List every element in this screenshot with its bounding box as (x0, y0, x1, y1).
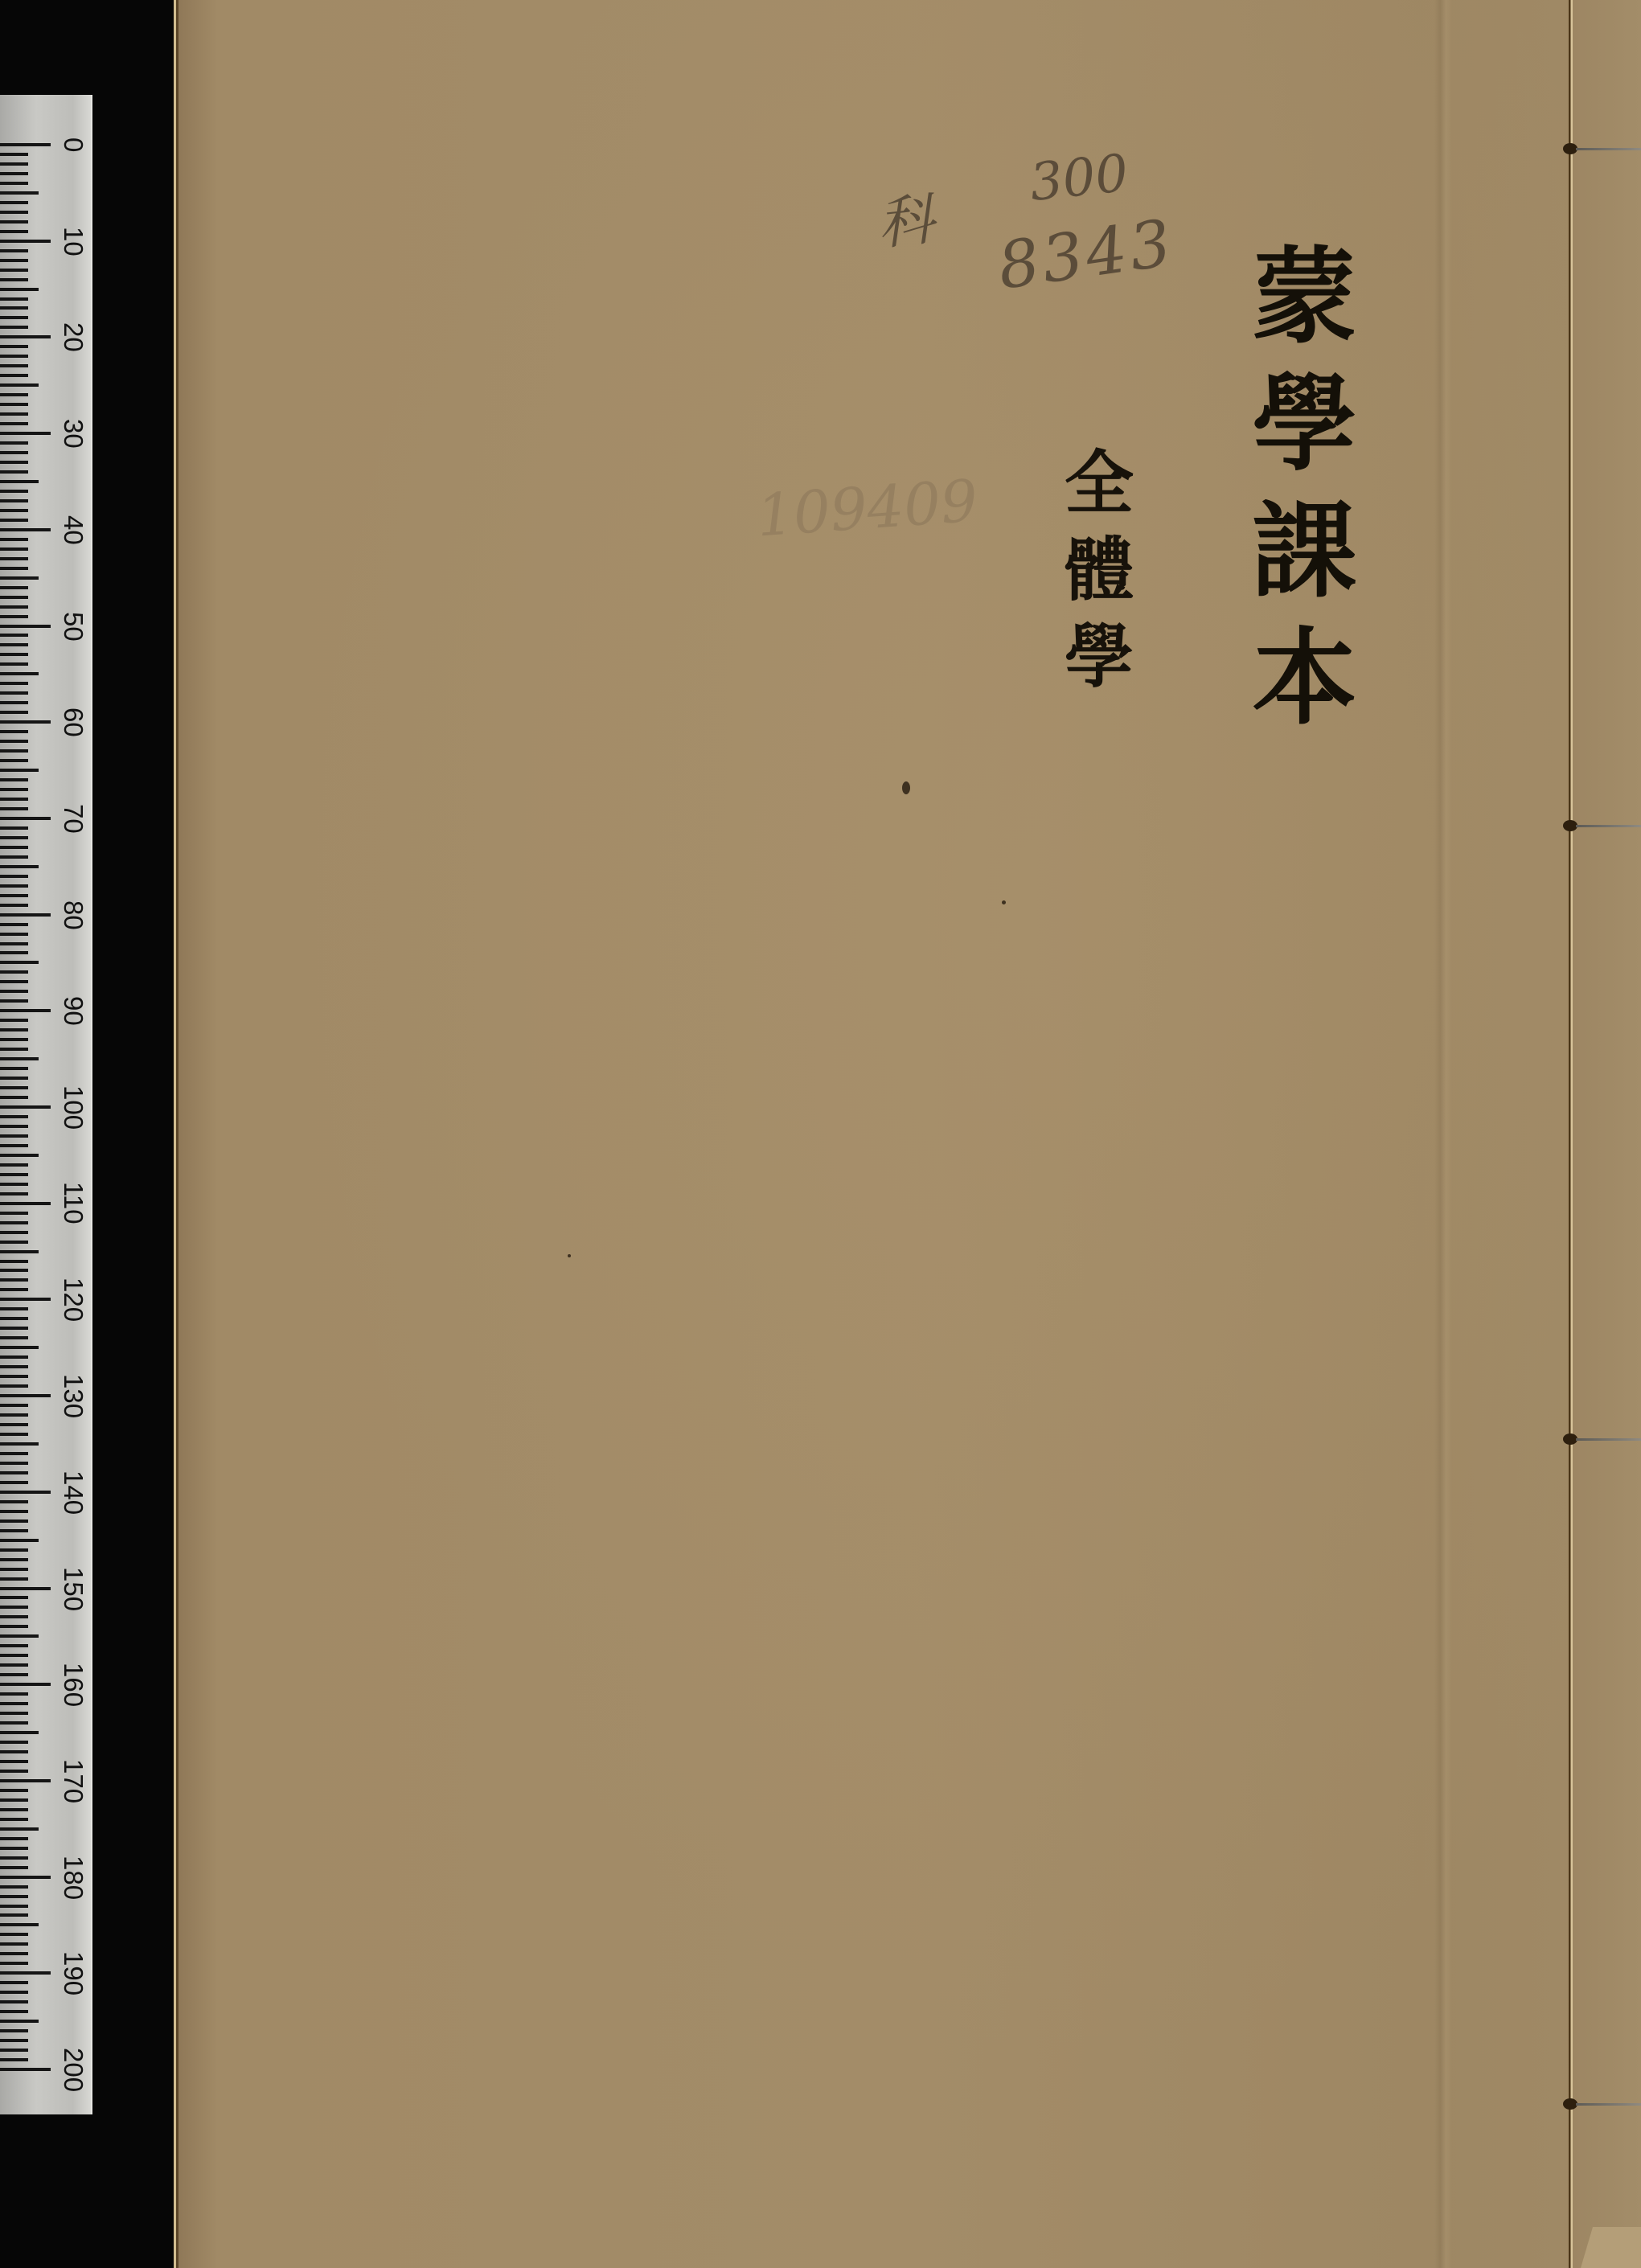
ruler-tick (0, 769, 39, 772)
ruler-label: 120 (60, 1278, 87, 1310)
ruler-tick (0, 913, 51, 917)
ruler-tick (0, 740, 28, 743)
ruler-tick (0, 1634, 39, 1638)
ruler-tick (0, 904, 28, 907)
ruler-tick (0, 1942, 28, 1946)
ruler-tick (0, 2020, 39, 2023)
ruler-tick (0, 1241, 28, 1244)
ruler-tick (0, 826, 28, 830)
ruler-tick (0, 1827, 39, 1831)
ruler-tick (0, 509, 28, 512)
ruler-tick (0, 1134, 28, 1138)
ruler-tick (0, 999, 28, 1003)
faint-inventory-number: 109409 (754, 467, 979, 550)
ruler-tick (0, 1644, 28, 1647)
ruler-tick (0, 884, 28, 888)
ruler-tick (0, 1298, 51, 1301)
ruler-tick (0, 220, 28, 224)
ruler-tick (0, 1558, 28, 1561)
ruler-label: 150 (60, 1567, 87, 1599)
ruler-tick (0, 1317, 28, 1320)
ruler-tick (0, 625, 51, 628)
ruler-tick (0, 383, 39, 387)
ruler-tick (0, 1615, 28, 1618)
ruler-tick (0, 701, 28, 704)
ruler-tick (0, 1327, 28, 1330)
ruler-tick (0, 1288, 28, 1291)
ruler-label: 100 (60, 1085, 87, 1118)
ruler-label: 170 (60, 1759, 87, 1791)
ruler-tick (0, 643, 28, 646)
ruler-tick (0, 1789, 28, 1792)
ruler-tick (0, 1895, 28, 1898)
ruler-tick (0, 1212, 28, 1215)
ruler-tick (0, 1307, 28, 1310)
ruler-tick (0, 355, 28, 358)
ruler-tick (0, 1221, 28, 1224)
ruler-tick (0, 653, 28, 656)
ruler-tick (0, 1057, 39, 1060)
ruler-tick (0, 1625, 28, 1628)
ruler-tick (0, 1673, 28, 1676)
ruler-tick (0, 249, 28, 252)
ruler-tick (0, 682, 28, 685)
ruler-tick (0, 1115, 28, 1118)
ruler-tick (0, 1144, 28, 1147)
ruler-tick (0, 259, 28, 262)
ruler-tick (0, 306, 28, 310)
ruler-tick (0, 230, 28, 233)
ruler-tick (0, 1346, 39, 1349)
ruler-tick (0, 1481, 28, 1484)
ruler-label: 130 (60, 1374, 87, 1406)
ruler-tick (0, 749, 28, 753)
ruler-tick (0, 1856, 28, 1860)
ruler-tick (0, 1269, 28, 1272)
ruler-tick (0, 1741, 28, 1744)
ruler-label: 190 (60, 1951, 87, 1983)
ruler-tick (0, 1712, 28, 1715)
ruler-tick (0, 2000, 28, 2003)
ruler-tick (0, 1529, 28, 1532)
ruler-tick (0, 798, 28, 801)
ruler-tick (0, 364, 28, 367)
ruler-tick (0, 586, 28, 589)
ruler-label: 200 (60, 2048, 87, 2080)
ruler-tick (0, 490, 28, 493)
ruler-tick (0, 1520, 28, 1523)
ruler-label: 10 (60, 227, 87, 259)
ruler-tick (0, 1105, 51, 1109)
ruler-tick (0, 1510, 28, 1513)
ruler-tick (0, 1125, 28, 1128)
ruler-tick (0, 672, 39, 675)
ruler-tick (0, 1991, 28, 1994)
book-subtitle: 全體學 (1054, 446, 1143, 707)
ruler-tick (0, 1606, 28, 1609)
ruler-tick (0, 1250, 39, 1253)
ruler-tick (0, 1577, 28, 1581)
ruler-label: 0 (60, 137, 87, 170)
ruler-tick (0, 1163, 28, 1167)
ruler-label: 140 (60, 1470, 87, 1503)
ruler-tick (0, 1442, 39, 1446)
ruler-label: 90 (60, 996, 87, 1028)
ruler-tick (0, 1365, 28, 1368)
ruler-tick (0, 1770, 28, 1773)
ruler-tick (0, 1019, 28, 1022)
ruler-label: 50 (60, 612, 87, 644)
ruler-tick (0, 1952, 28, 1955)
ruler-tick (0, 441, 28, 445)
cover-fold (1434, 0, 1452, 2268)
ruler-label: 40 (60, 515, 87, 548)
ruler-tick (0, 1355, 28, 1359)
ruler-tick (0, 1231, 28, 1234)
ruler-tick (0, 1278, 28, 1282)
ruler-tick (0, 172, 28, 175)
ruler-tick (0, 634, 28, 637)
ruler-tick (0, 788, 28, 791)
ruler-tick (0, 143, 51, 146)
ruler-tick (0, 1077, 28, 1080)
ruler-tick (0, 1183, 28, 1186)
ruler-label: 80 (60, 900, 87, 933)
ruler-tick (0, 1692, 28, 1696)
ruler-tick (0, 240, 51, 243)
ruler-tick (0, 2039, 28, 2042)
ruler-tick (0, 1876, 51, 1879)
ruler-tick (0, 836, 28, 839)
ruler-tick (0, 480, 39, 483)
ruler-tick (0, 759, 28, 762)
ruler-tick (0, 980, 28, 983)
ruler-tick (0, 2049, 28, 2052)
ruler-tick (0, 201, 28, 204)
ruler-tick (0, 1202, 51, 1205)
ruler-tick (0, 1760, 28, 1763)
ruler-tick (0, 1933, 28, 1936)
ruler-tick (0, 153, 28, 156)
ruler-tick (0, 326, 28, 329)
ruler-tick (0, 288, 39, 291)
ruler-tick (0, 1981, 28, 1984)
ruler-tick (0, 567, 28, 570)
ruler-tick (0, 1192, 28, 1196)
ruler-tick (0, 182, 28, 185)
binding-edge (1569, 0, 1573, 2268)
ruler-tick (0, 412, 28, 416)
ruler-tick (0, 548, 28, 551)
ruler-label: 20 (60, 322, 87, 355)
paper-speck (568, 1254, 571, 1257)
catalog-label: 科 (873, 174, 937, 261)
ruler-tick (0, 335, 51, 338)
paper-speck (902, 781, 910, 794)
ruler-tick (0, 1847, 28, 1850)
ruler-label: 180 (60, 1856, 87, 1888)
ruler-tick (0, 1683, 51, 1686)
ruler-tick (0, 1154, 39, 1157)
ruler-tick (0, 1336, 28, 1339)
ruler-label: 30 (60, 419, 87, 451)
catalog-number-top: 300 (1027, 144, 1130, 213)
ruler-tick (0, 865, 39, 868)
ruler-tick (0, 1028, 28, 1031)
ruler-tick (0, 393, 28, 396)
ruler-tick (0, 1433, 28, 1436)
ruler-tick (0, 970, 28, 974)
ruler-tick (0, 1923, 39, 1926)
ruler-tick (0, 576, 39, 580)
book-title: 蒙學課本 (1243, 241, 1372, 749)
ruler-tick (0, 933, 28, 936)
ruler-tick (0, 1663, 28, 1667)
ruler-tick (0, 1096, 28, 1099)
ruler-tick (0, 846, 28, 849)
ruler-tick (0, 162, 28, 166)
ruler-tick (0, 778, 28, 781)
ruler-tick (0, 875, 28, 878)
ruler-tick (0, 1654, 28, 1657)
ruler-tick (0, 557, 28, 560)
ruler-tick (0, 499, 28, 502)
ruler-tick (0, 1596, 28, 1599)
spine-strip (1573, 0, 1641, 2268)
ruler-tick (0, 1885, 28, 1889)
ruler-tick (0, 528, 51, 531)
ruler-tick (0, 2058, 28, 2061)
ruler-label: 70 (60, 804, 87, 836)
ruler-tick (0, 470, 28, 474)
ruler-tick (0, 538, 28, 541)
ruler-label: 110 (60, 1182, 87, 1214)
ruler-tick (0, 1491, 51, 1494)
ruler-tick (0, 942, 28, 945)
ruler-tick (0, 519, 28, 522)
ruler-tick (0, 720, 51, 724)
ruler-tick (0, 269, 28, 272)
binding-thread (1576, 148, 1641, 150)
ruler-tick (0, 403, 28, 406)
ruler-tick (0, 1568, 28, 1571)
ruler-tick (0, 1067, 28, 1070)
ruler-tick (0, 615, 28, 618)
ruler-tick (0, 211, 28, 214)
ruler-tick (0, 1779, 51, 1782)
ruler-tick (0, 1086, 28, 1089)
ruler-tick (0, 1866, 28, 1869)
ruler-tick (0, 1471, 28, 1474)
ruler-label: 60 (60, 707, 87, 740)
binding-thread (1576, 1438, 1641, 1441)
ruler-tick (0, 1260, 28, 1263)
ruler-tick (0, 1808, 28, 1811)
ruler-tick (0, 1721, 28, 1725)
ruler-tick (0, 422, 28, 425)
ruler-tick (0, 432, 51, 435)
ruler-tick (0, 605, 28, 609)
ruler-tick (0, 1962, 28, 1965)
ruler-tick (0, 297, 28, 301)
ruler-tick (0, 345, 28, 348)
ruler-tick (0, 807, 28, 810)
ruler-tick (0, 1913, 28, 1917)
ruler-tick (0, 1048, 28, 1051)
ruler-label: 160 (60, 1663, 87, 1695)
ruler-tick (0, 961, 39, 964)
ruler-tick (0, 817, 51, 820)
ruler-tick (0, 1587, 51, 1590)
ruler-tick (0, 278, 28, 281)
ruler-tick (0, 374, 28, 377)
ruler-tick (0, 1384, 28, 1388)
ruler-tick (0, 1539, 39, 1542)
binding-thread (1576, 2103, 1641, 2106)
ruler-tick (0, 1971, 51, 1975)
ruler-tick (0, 596, 28, 599)
ruler-tick (0, 1413, 28, 1417)
ruler-tick (0, 662, 28, 666)
ruler-tick (0, 951, 28, 954)
ruler-tick (0, 1452, 28, 1455)
ruler-tick (0, 461, 28, 464)
ruler-tick (0, 1548, 28, 1552)
ruler-tick (0, 855, 28, 859)
ruler-tick (0, 1750, 28, 1753)
ruler-tick (0, 1423, 28, 1426)
ruler-tick (0, 316, 28, 319)
ruler-tick (0, 691, 28, 695)
ruler-tick (0, 730, 28, 733)
ruler-tick (0, 1375, 28, 1378)
ruler-tick (0, 1009, 51, 1012)
ruler-tick (0, 711, 28, 714)
ruler-tick (0, 1394, 51, 1397)
ruler-tick (0, 191, 39, 195)
ruler-tick (0, 1798, 28, 1802)
ruler-tick (0, 1837, 28, 1840)
ruler-tick (0, 2010, 28, 2013)
paper-speck (1002, 900, 1006, 904)
ruler-tick (0, 1404, 28, 1407)
ruler-tick (0, 1462, 28, 1465)
ruler-tick (0, 2068, 51, 2071)
ruler-tick (0, 894, 28, 897)
ruler-tick (0, 2029, 28, 2032)
ruler-tick (0, 1173, 28, 1176)
ruler-tick (0, 451, 28, 454)
book-cover: 科 300 8343 109409 蒙學課本 全體學 (174, 0, 1641, 2268)
ruler-tick (0, 1905, 28, 1908)
ruler-tick (0, 1038, 28, 1041)
ruler-tick (0, 1818, 28, 1821)
binding-thread (1576, 825, 1641, 827)
catalog-number-bottom: 8343 (994, 205, 1179, 304)
ruler-tick (0, 923, 28, 926)
measurement-ruler: 0102030405060708090100110120130140150160… (0, 95, 92, 2114)
ruler-tick (0, 990, 28, 993)
ruler-tick (0, 1500, 28, 1503)
ruler-tick (0, 1702, 28, 1705)
ruler-tick (0, 1731, 39, 1734)
